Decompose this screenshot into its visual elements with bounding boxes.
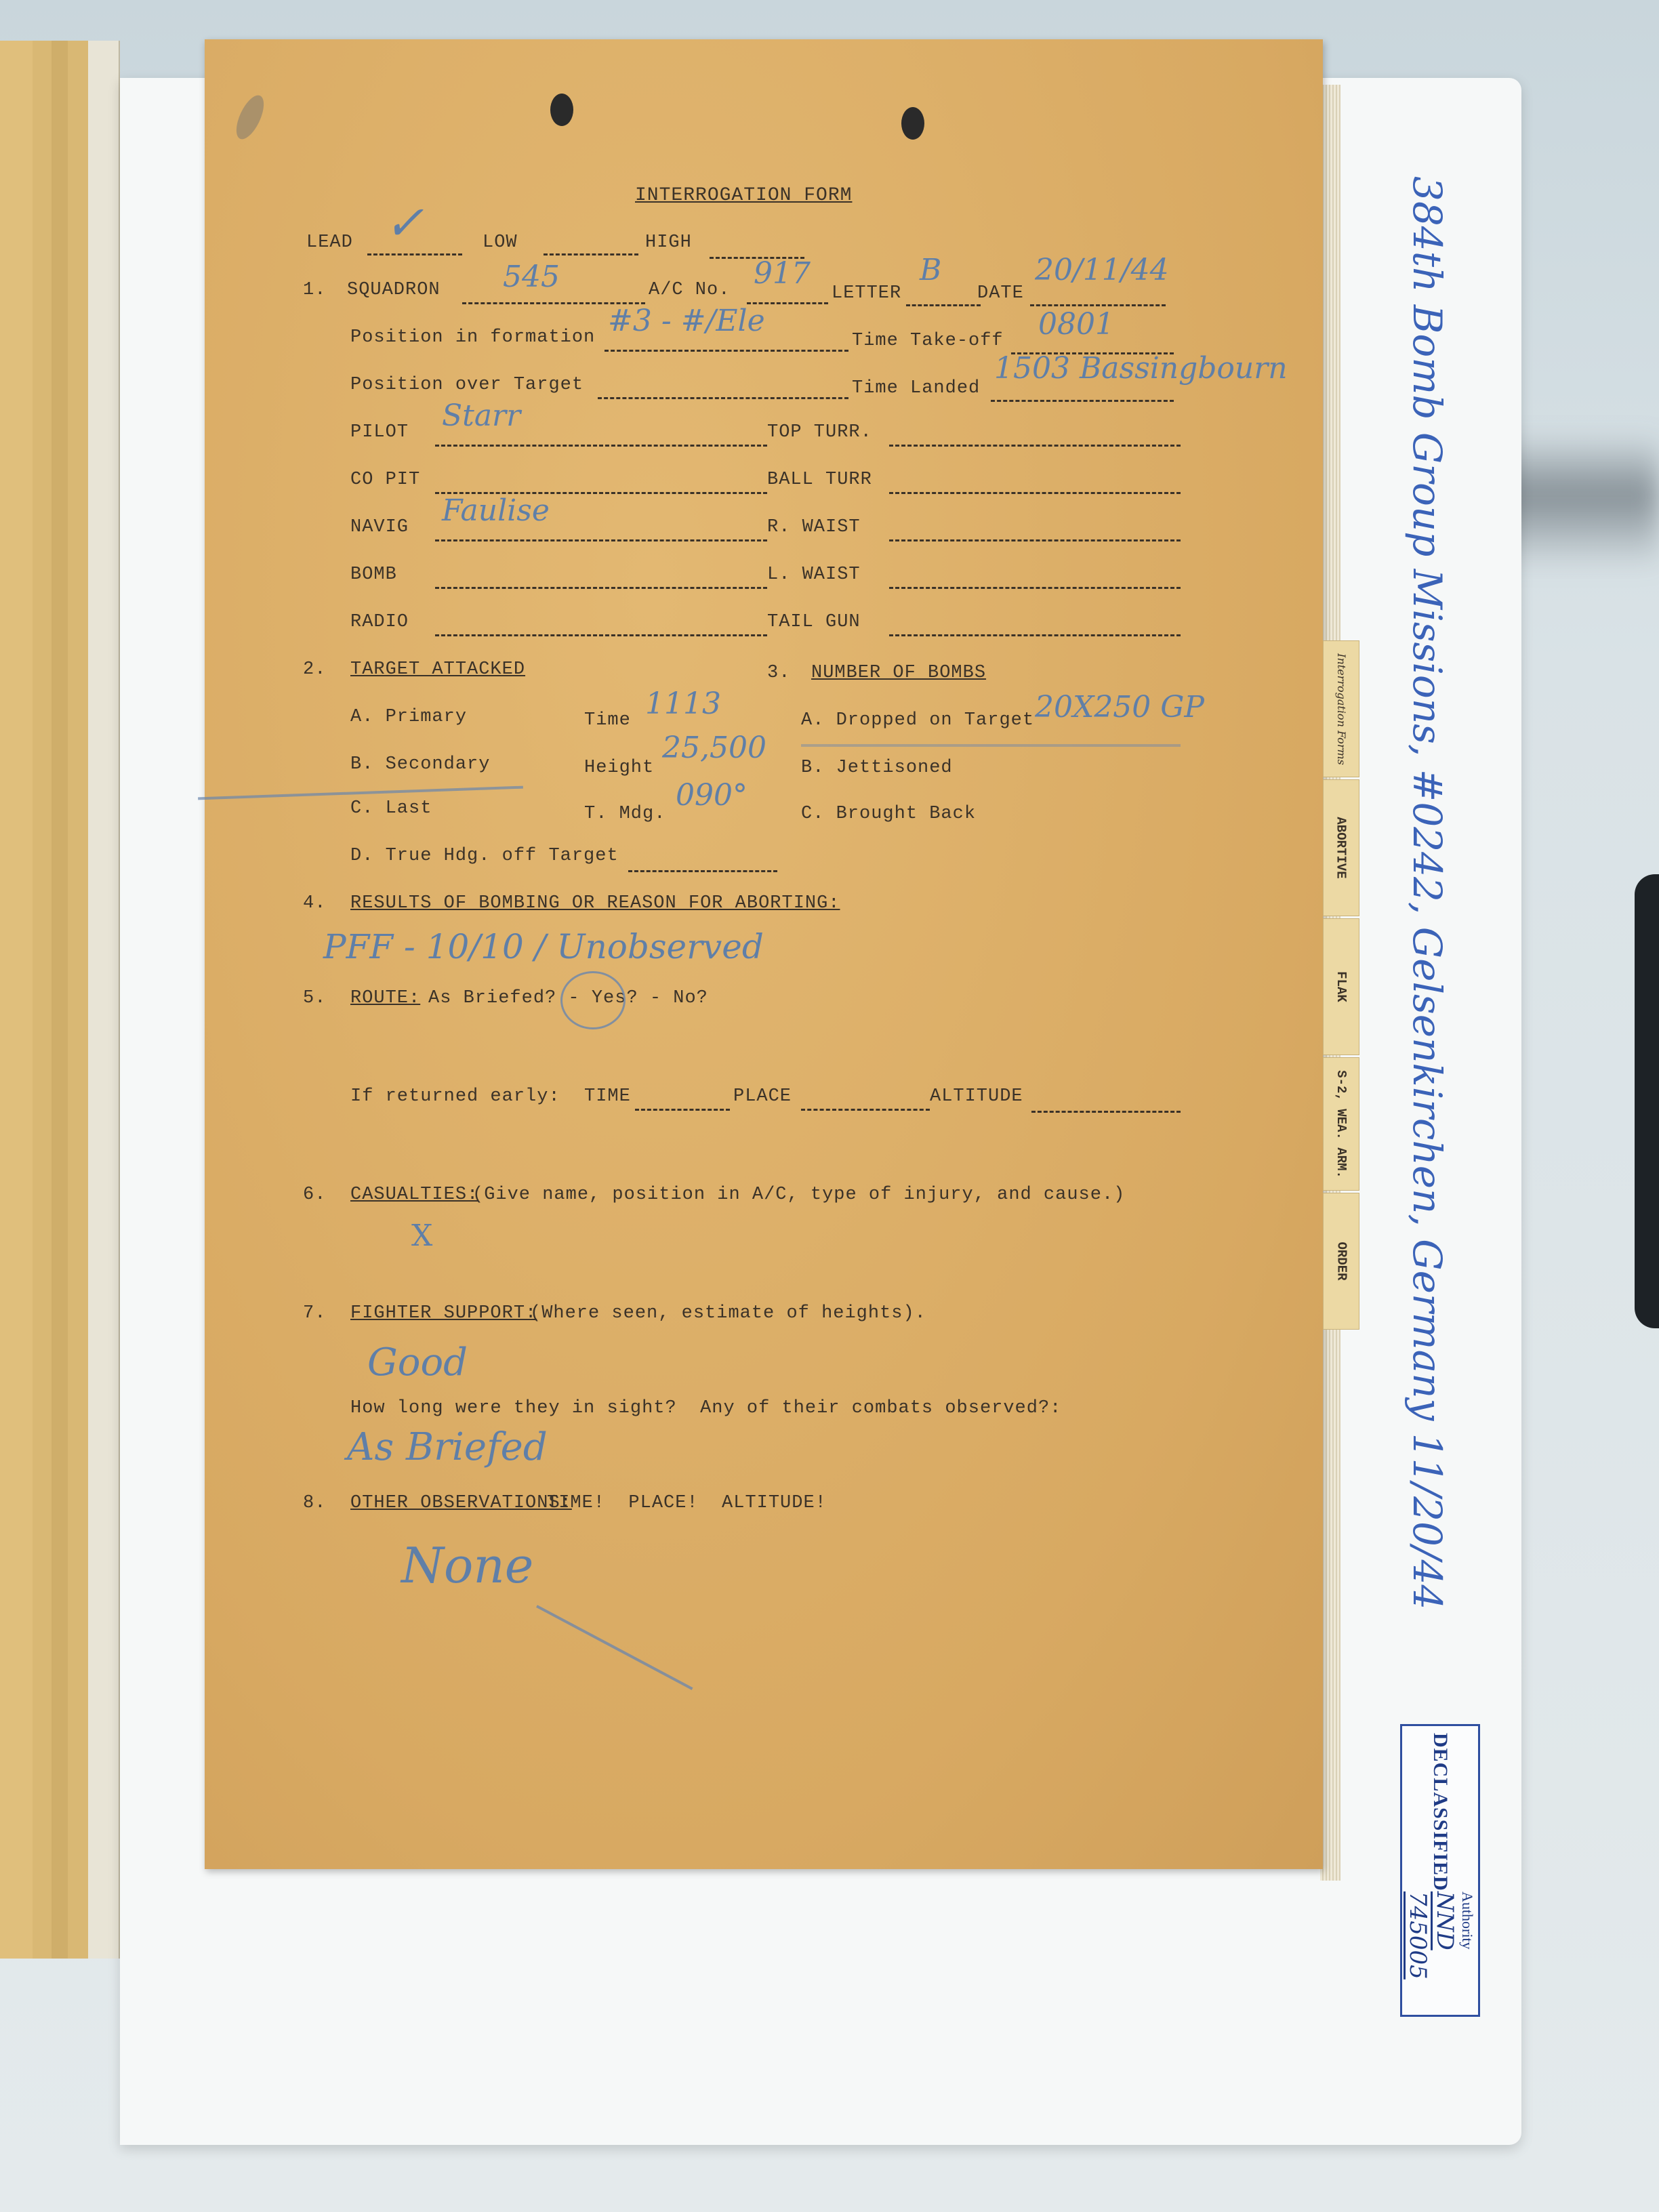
crew-field[interactable]	[435, 474, 767, 494]
casualties-instructions: (Give name, position in A/C, type of inj…	[472, 1185, 1125, 1205]
pencil-mark	[231, 91, 270, 143]
time-label: Time	[584, 710, 631, 731]
returned-early-label: If returned early:	[350, 1086, 560, 1107]
punch-hole	[901, 107, 924, 140]
fighter-sight-answer: As Briefed	[347, 1425, 548, 1469]
crew-label: TOP TURR.	[767, 422, 872, 443]
results-value: PFF - 10/10 / Unobserved	[323, 927, 764, 966]
section-4-number: 4.	[303, 893, 326, 914]
landed-value: 1503 Bassingbourn	[994, 351, 1288, 386]
squadron-label: SQUADRON	[347, 280, 441, 300]
ac-no-label: A/C No.	[649, 280, 730, 300]
high-label: HIGH	[645, 232, 692, 253]
fighter-support-heading: FIGHTER SUPPORT:	[350, 1303, 537, 1324]
crew-field[interactable]	[889, 427, 1181, 447]
returned-altitude-field[interactable]	[1031, 1093, 1181, 1113]
crew-field[interactable]	[435, 569, 767, 589]
index-tab-label: ABORTIVE	[1334, 817, 1349, 878]
low-label: LOW	[483, 232, 518, 253]
stamp-title: DECLASSIFIED	[1429, 1733, 1452, 1891]
crew-field[interactable]	[889, 474, 1181, 494]
crew-label: TAIL GUN	[767, 612, 861, 632]
section-8-number: 8.	[303, 1493, 326, 1513]
crew-label: PILOT	[350, 422, 409, 443]
letter-label: LETTER	[832, 283, 901, 304]
takeoff-value: 0801	[1038, 307, 1114, 342]
crew-field[interactable]	[435, 617, 767, 636]
folder-sheet	[88, 41, 120, 1959]
pencil-stroke	[536, 1605, 693, 1690]
date-value: 20/11/44	[1035, 253, 1169, 287]
casualties-value: X	[411, 1218, 432, 1253]
crew-field[interactable]	[889, 617, 1181, 636]
crew-label: CO PIT	[350, 470, 420, 490]
position-formation-value: #3 - #/Ele	[608, 304, 765, 338]
mag-heading-label: T. Mdg.	[584, 804, 665, 824]
folder-sheet	[68, 41, 90, 1959]
lead-label: LEAD	[306, 232, 353, 253]
stamp-authority: Authority NND 745005	[1404, 1891, 1476, 2008]
index-tab[interactable]: Interrogation Forms	[1323, 640, 1359, 777]
low-field[interactable]	[544, 236, 638, 255]
section-7-number: 7.	[303, 1303, 326, 1324]
letter-value: B	[920, 253, 941, 287]
last-label: C. Last	[350, 798, 432, 819]
true-hdg-label: D. True Hdg. off Target	[350, 846, 619, 866]
target-attacked-heading: TARGET ATTACKED	[350, 659, 525, 680]
crew-label: L. WAIST	[767, 565, 861, 585]
folder-sheet	[52, 41, 70, 1959]
height-label: Height	[584, 758, 654, 778]
secondary-label: B. Secondary	[350, 754, 490, 775]
takeoff-label: Time Take-off	[852, 331, 1004, 351]
fighter-support-value: Good	[367, 1340, 468, 1385]
number-of-bombs-heading: NUMBER OF BOMBS	[811, 663, 986, 683]
index-tab[interactable]: FLAK	[1323, 918, 1359, 1055]
other-observations-heading: OTHER OBSERVATIONS:	[350, 1493, 572, 1513]
returned-place-field[interactable]	[801, 1091, 930, 1111]
fighter-support-instructions: (Where seen, estimate of heights).	[530, 1303, 926, 1324]
index-tab-label: FLAK	[1334, 971, 1349, 1002]
crew-value: Starr	[442, 398, 520, 433]
brought-back-label: C. Brought Back	[801, 804, 976, 824]
interrogation-form: INTERROGATION FORM LEAD ✓ LOW HIGH 1. SQ…	[205, 39, 1323, 1869]
index-tab[interactable]: ABORTIVE	[1323, 779, 1359, 916]
left-folder-stack	[0, 41, 122, 1959]
dropped-value: 20X250 GP	[1035, 690, 1204, 724]
crew-label: BOMB	[350, 565, 397, 585]
returned-time-field[interactable]	[635, 1091, 730, 1111]
index-tab-label: Interrogation Forms	[1335, 653, 1348, 765]
ac-no-value: 917	[754, 256, 811, 291]
letter-field[interactable]	[906, 287, 981, 306]
declassified-stamp: DECLASSIFIED Authority NND 745005	[1400, 1724, 1480, 2017]
casualties-heading: CASUALTIES:	[350, 1185, 478, 1205]
folder-sheet	[33, 41, 54, 1959]
results-heading: RESULTS OF BOMBING OR REASON FOR ABORTIN…	[350, 893, 840, 914]
dropped-label: A. Dropped on Target	[801, 710, 1034, 731]
other-observations-value: None	[401, 1537, 533, 1594]
crew-value: Faulise	[442, 493, 550, 528]
route-heading: ROUTE:	[350, 988, 420, 1008]
returned-altitude-label: ALTITUDE	[930, 1086, 1023, 1107]
punch-hole	[550, 94, 573, 126]
section-3-number: 3.	[767, 663, 790, 683]
position-formation-label: Position in formation	[350, 327, 595, 348]
landed-label: Time Landed	[852, 378, 980, 398]
position-target-label: Position over Target	[350, 375, 583, 395]
crew-label: RADIO	[350, 612, 409, 632]
stamp-authority-value: NND 745005	[1404, 1891, 1458, 1980]
section-1-number: 1.	[303, 280, 326, 300]
fighter-sight-question: How long were they in sight? Any of thei…	[350, 1398, 1061, 1418]
returned-time-label: TIME	[584, 1086, 631, 1107]
folder-note: 384th Bomb Group Missions, #0242, Gelsen…	[1389, 176, 1450, 1599]
section-2-number: 2.	[303, 659, 326, 680]
pencil-line	[801, 744, 1181, 747]
lead-checkmark: ✓	[384, 195, 424, 251]
index-tab[interactable]: S-2, WEA. ARM.	[1323, 1057, 1359, 1191]
position-target-field[interactable]	[598, 380, 848, 399]
section-5-number: 5.	[303, 988, 326, 1008]
crew-label: NAVIG	[350, 517, 409, 537]
folder-sheet	[0, 41, 35, 1959]
returned-place-label: PLACE	[733, 1086, 792, 1107]
height-value: 25,500	[662, 731, 766, 765]
other-observations-instructions: TIME! PLACE! ALTITUDE!	[547, 1493, 827, 1513]
section-6-number: 6.	[303, 1185, 326, 1205]
form-title: INTERROGATION FORM	[635, 185, 852, 206]
time-value: 1113	[645, 687, 721, 721]
index-tab-label: S-2, WEA. ARM.	[1334, 1070, 1349, 1179]
primary-label: A. Primary	[350, 707, 467, 727]
mag-heading-value: 090°	[676, 778, 747, 813]
true-hdg-field[interactable]	[628, 853, 777, 872]
index-tab-label: ORDER	[1334, 1242, 1349, 1280]
squadron-value: 545	[503, 260, 560, 294]
crew-field[interactable]	[889, 522, 1181, 541]
date-label: DATE	[977, 283, 1024, 304]
date-field[interactable]	[1030, 287, 1166, 306]
index-tab[interactable]: ORDER	[1323, 1193, 1359, 1330]
crew-label: BALL TURR	[767, 470, 872, 490]
jettisoned-label: B. Jettisoned	[801, 758, 953, 778]
yes-circle-mark	[560, 971, 626, 1029]
stamp-authority-label: Authority	[1459, 1891, 1476, 1950]
dark-device	[1635, 874, 1659, 1328]
crew-field[interactable]	[889, 569, 1181, 589]
crew-label: R. WAIST	[767, 517, 861, 537]
